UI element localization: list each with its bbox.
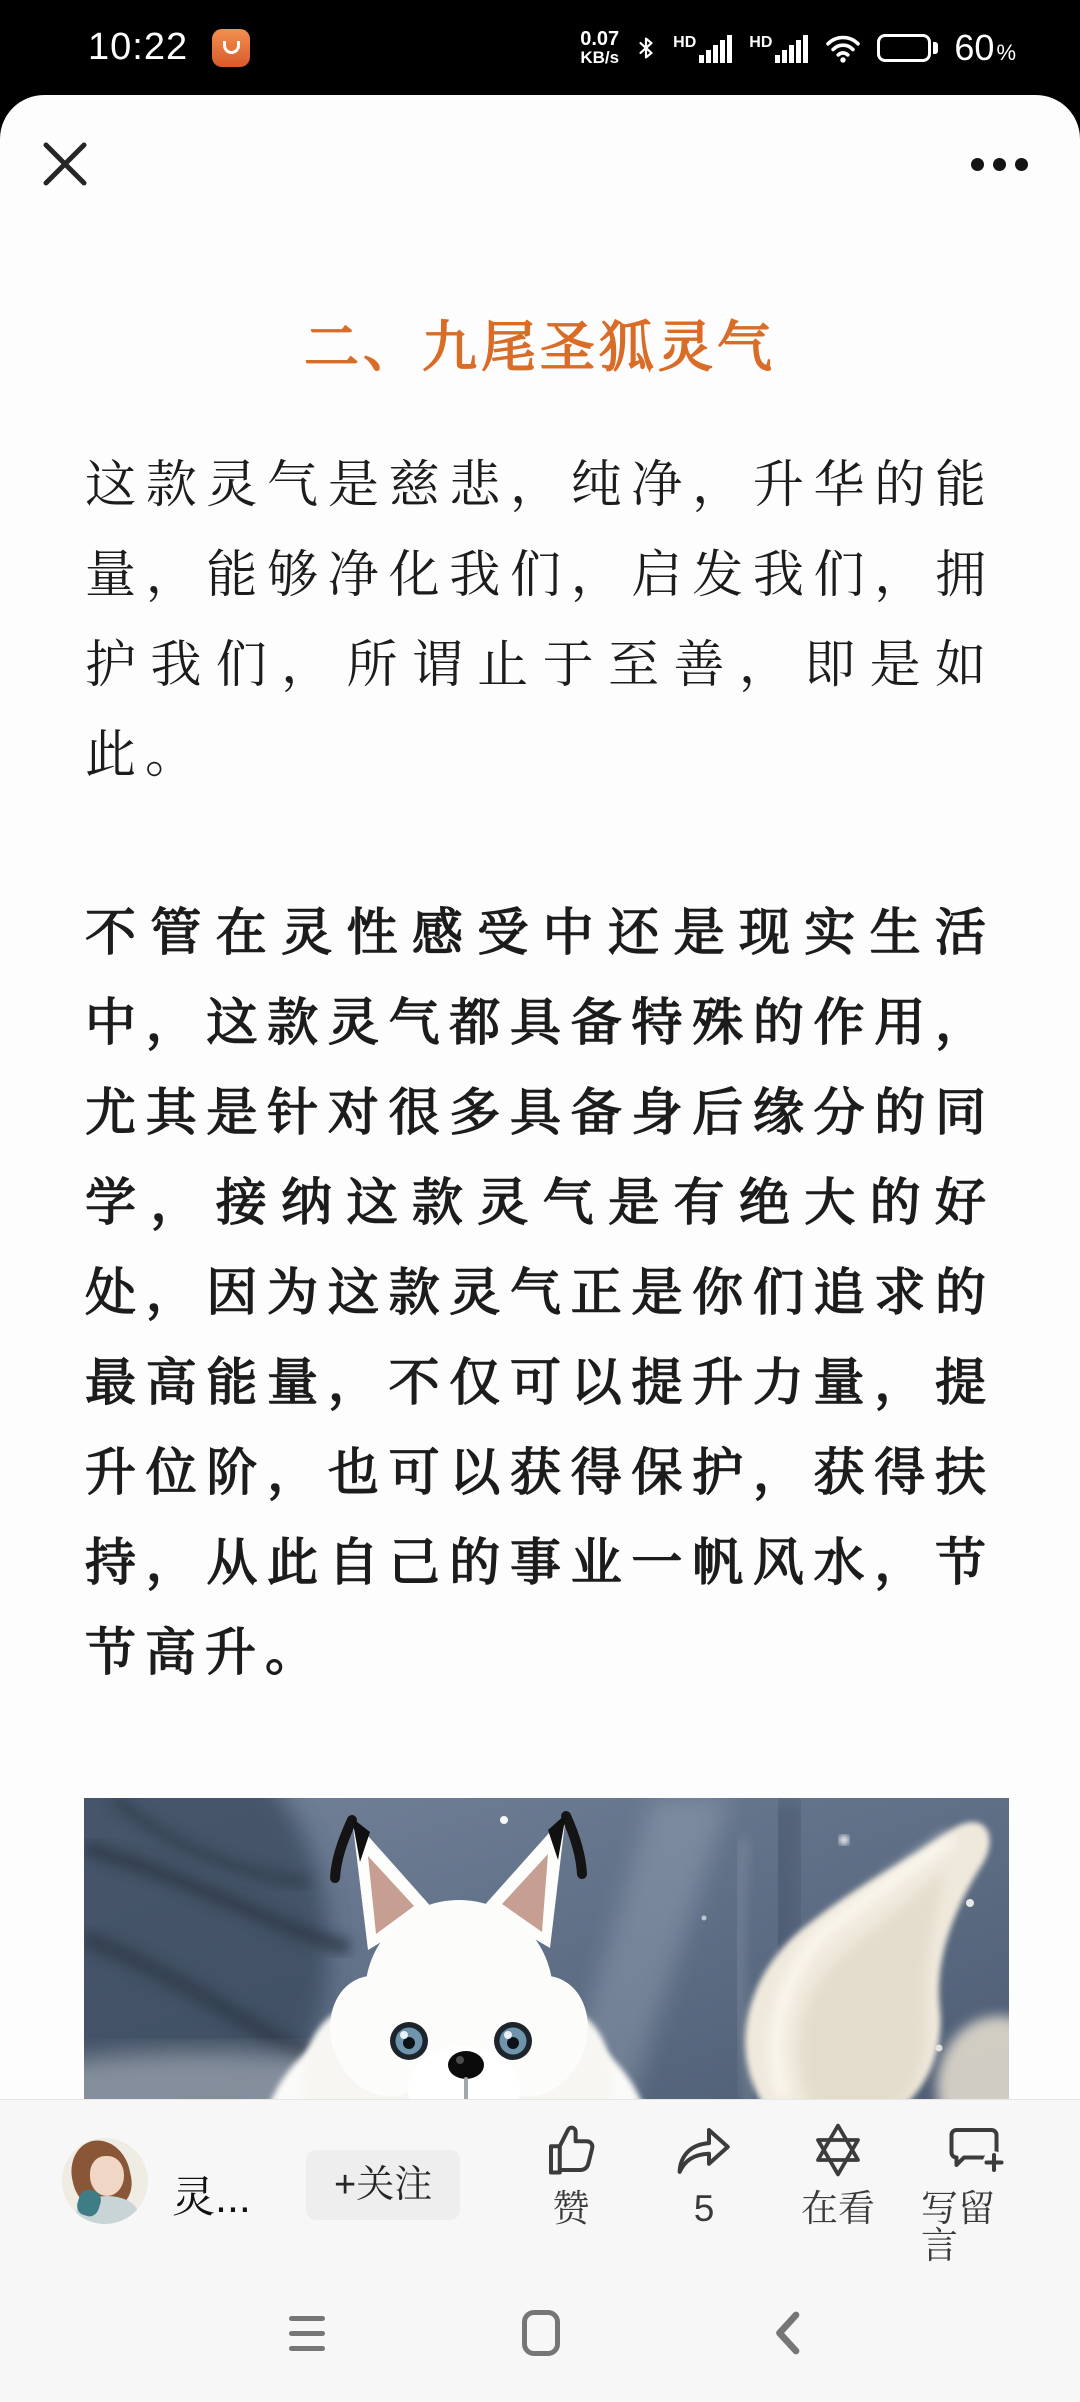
reader-toolbar — [0, 95, 1080, 225]
notification-app-icon — [212, 29, 250, 67]
nav-home-button[interactable] — [522, 2310, 560, 2356]
comment-button[interactable]: 写留言 — [921, 2120, 1027, 2264]
article-paragraph: 不管在灵性感受中还是现实生活中，这款灵气都具备特殊的作用，尤其是针对很多具备身后… — [85, 888, 995, 1698]
author-avatar[interactable] — [62, 2138, 148, 2224]
battery-icon — [877, 34, 938, 62]
wow-star-icon — [808, 2120, 868, 2180]
thumbs-up-icon — [541, 2120, 601, 2180]
more-icon — [971, 158, 984, 171]
bottom-action-bar: 灵... +关注 赞 5 在看 — [0, 2099, 1080, 2402]
bluetooth-icon — [635, 33, 657, 63]
share-button[interactable]: 5 — [674, 2120, 734, 2227]
clock: 10:22 — [88, 26, 188, 69]
account-name[interactable]: 灵... — [172, 2164, 251, 2225]
write-comment-icon — [944, 2120, 1004, 2180]
nav-back-button[interactable] — [772, 2310, 802, 2361]
like-button[interactable]: 赞 — [541, 2120, 601, 2227]
article-title: 二、九尾圣狐灵气 — [85, 303, 995, 382]
network-speed: 0.07 KB/s — [580, 29, 619, 66]
close-icon — [38, 137, 92, 191]
share-arrow-icon — [674, 2120, 734, 2180]
more-menu-button[interactable] — [958, 137, 1028, 191]
article-paragraph: 这款灵气是慈悲，纯净，升华的能量，能够净化我们，启发我们，拥护我们，所谓止于至善… — [85, 440, 995, 800]
sim2-signal: HD — [749, 33, 809, 63]
nav-recents-button[interactable] — [289, 2316, 325, 2351]
status-bar: 10:22 0.07 KB/s HD H — [0, 0, 1080, 95]
screen: 10:22 0.07 KB/s HD H — [0, 0, 1080, 2402]
signal-bars-icon — [699, 33, 733, 63]
wifi-icon — [825, 33, 861, 63]
article-card: 二、九尾圣狐灵气 这款灵气是慈悲，纯净，升华的能量，能够净化我们，启发我们，拥护… — [0, 95, 1080, 2099]
article-image-white-fox[interactable] — [84, 1798, 1009, 2099]
signal-bars-icon — [775, 33, 809, 63]
sim1-signal: HD — [673, 33, 733, 63]
follow-button[interactable]: +关注 — [306, 2150, 460, 2220]
back-chevron-icon — [772, 2310, 802, 2356]
battery-percent: 60 % — [954, 27, 1016, 69]
wow-button[interactable]: 在看 — [801, 2120, 875, 2227]
close-button[interactable] — [38, 137, 92, 191]
article-body: 这款灵气是慈悲，纯净，升华的能量，能够净化我们，启发我们，拥护我们，所谓止于至善… — [85, 440, 995, 1698]
